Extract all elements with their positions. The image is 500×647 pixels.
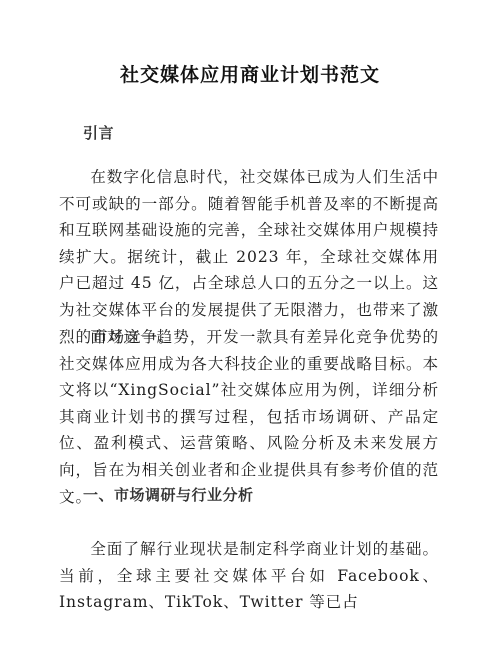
document-page: 社交媒体应用商业计划书范文 引言 在数字化信息时代，社交媒体已成为人们生活中不可…: [0, 0, 500, 647]
paragraph-intro-2: 面对这一趋势，开发一款具有差异化竞争优势的社交媒体应用成为各大科技企业的重要战略…: [59, 324, 439, 510]
paragraph-market-1: 全面了解行业现状是制定科学商业计划的基础。当前，全球主要社交媒体平台如 Face…: [59, 536, 439, 616]
section-heading-introduction: 引言: [83, 122, 114, 143]
paragraph-intro-1: 在数字化信息时代，社交媒体已成为人们生活中不可或缺的一部分。随着智能手机普及率的…: [59, 164, 439, 350]
document-title: 社交媒体应用商业计划书范文: [0, 60, 500, 87]
section-heading-market-research: 一、市场调研与行业分析: [83, 484, 254, 505]
